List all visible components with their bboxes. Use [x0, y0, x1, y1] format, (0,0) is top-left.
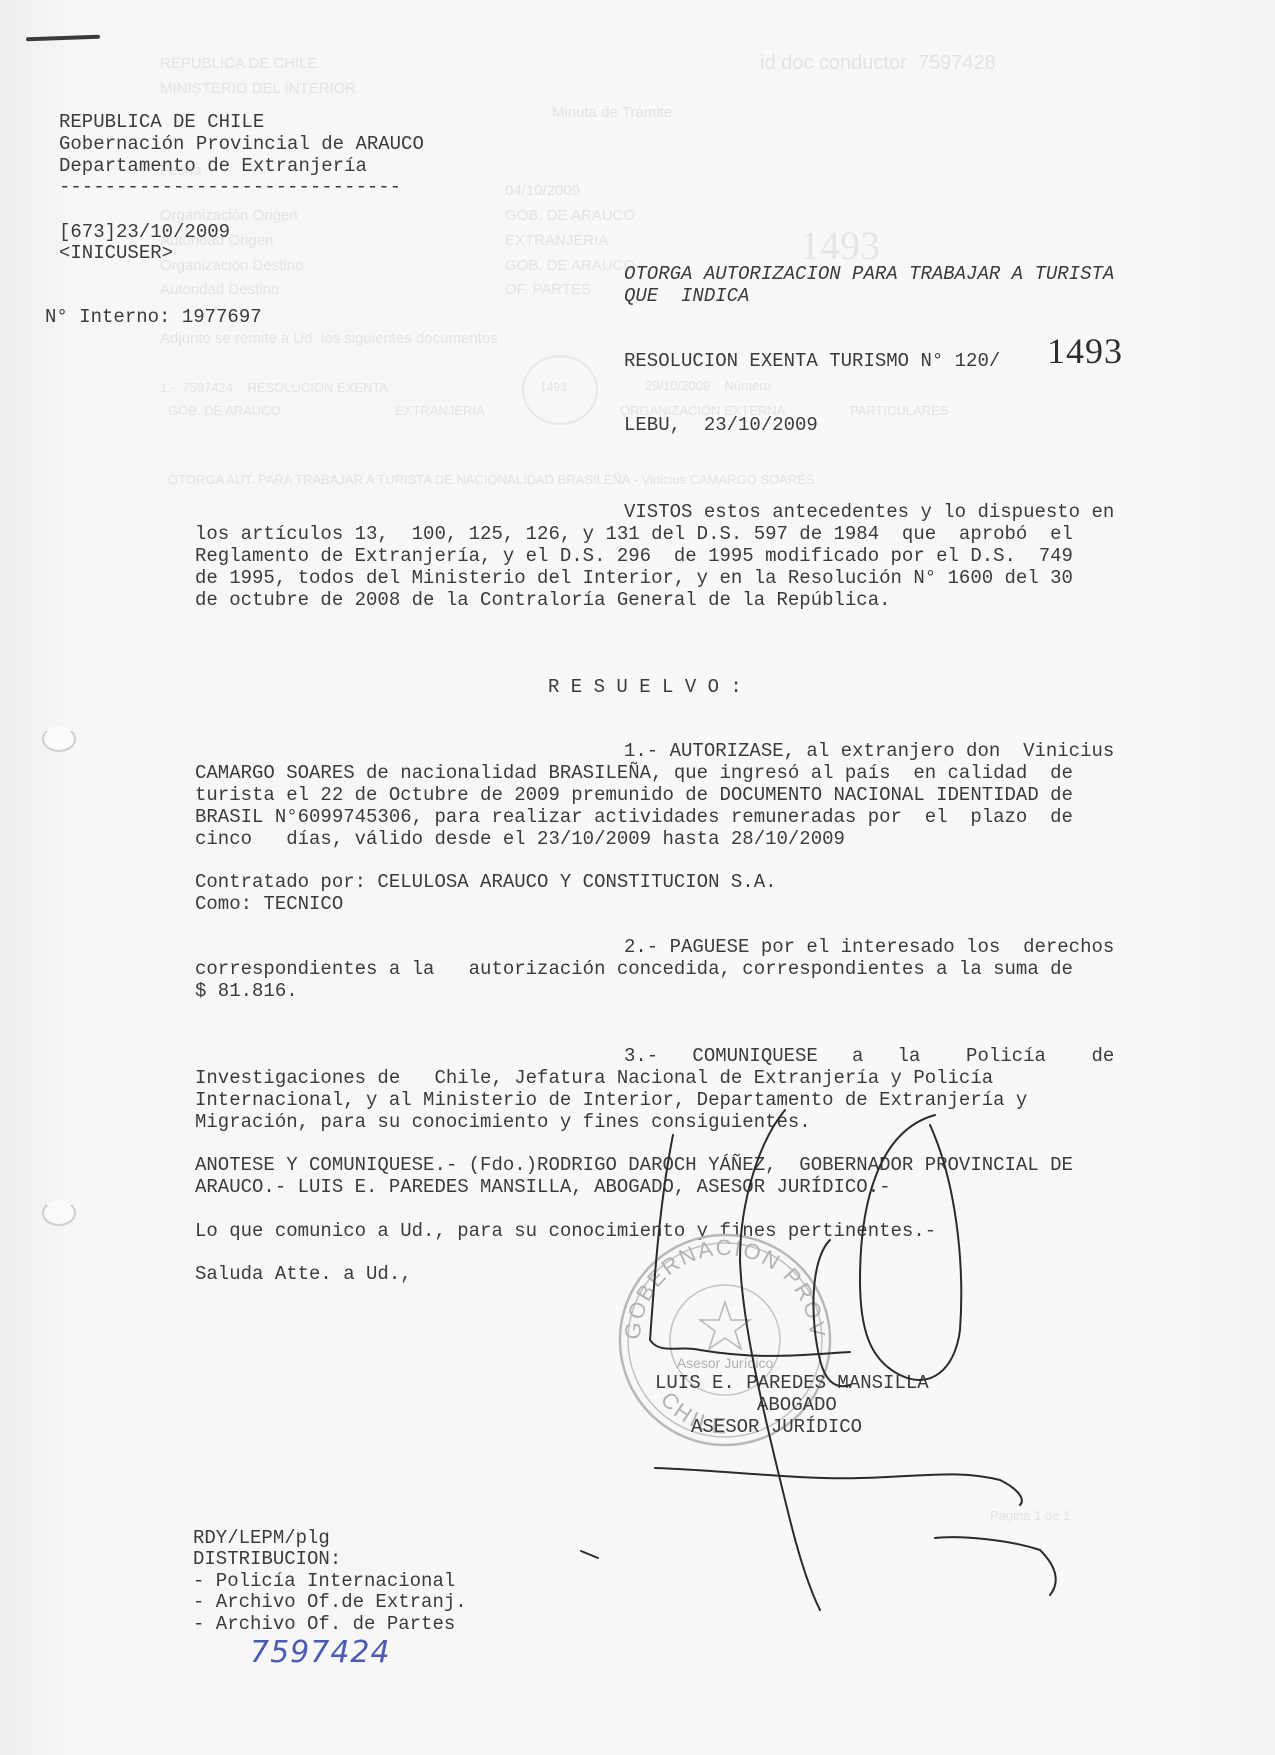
- resolution-number-stamp: 1493: [1047, 330, 1123, 372]
- svg-text:Asesor Jurídico: Asesor Jurídico: [677, 1355, 774, 1371]
- ghost-row-1-stamp: 1493: [540, 380, 567, 394]
- ghost-row-2-mid: EXTRANJERIA: [395, 403, 485, 418]
- ghost-row-1-right: 29/10/2009 Número: [645, 378, 771, 393]
- stamp-ring-text: GOBERNACION PROVINCIAL ARAUCO: [0, 0, 830, 1341]
- handwritten-doc-number: 7597424: [250, 1635, 391, 1670]
- greeting-line: Saluda Atte. a Ud.,: [195, 1264, 412, 1286]
- contracted-by: Contratado por: CELULOSA ARAUCO Y CONSTI…: [195, 872, 777, 894]
- anotese-line: ANOTESE Y COMUNIQUESE.- (Fdo.)RODRIGO DA…: [195, 1155, 1073, 1177]
- item-2-line: correspondientes a la autorización conce…: [195, 959, 1073, 981]
- ghost-ministry-2: MINISTERIO DEL INTERIOR: [160, 80, 356, 97]
- item-3-line: Internacional, y al Ministerio de Interi…: [195, 1090, 1027, 1112]
- ghost-value: GOB. DE ARAUCO: [505, 207, 635, 224]
- ghost-label: Autoridad Destino: [160, 281, 279, 298]
- ghost-subject: OTORGA AUT. PARA TRABAJAR A TURISTA DE N…: [168, 472, 815, 487]
- item-1-line: turista el 22 de Octubre de 2009 premuni…: [195, 785, 1073, 807]
- punch-hole: [42, 726, 76, 752]
- item-1-line: cinco días, válido desde el 23/10/2009 h…: [195, 829, 845, 851]
- header-reference: [673]23/10/2009: [59, 222, 230, 244]
- signer-name: LUIS E. PAREDES MANSILLA: [655, 1373, 929, 1395]
- ghost-doc-conductor: id doc conductor 7597428: [760, 52, 996, 75]
- distribution-item: - Archivo Of.de Extranj.: [193, 1592, 467, 1614]
- ghost-label: Organización Destino: [160, 257, 303, 274]
- header-country: REPUBLICA DE CHILE: [59, 112, 264, 134]
- resolution-label: RESOLUCION EXENTA TURISMO N° 120/: [624, 351, 1000, 373]
- job-role: Como: TECNICO: [195, 894, 343, 916]
- header-separator: ------------------------------: [59, 177, 401, 199]
- ghost-row-1: 1.- 7597424 RESOLUCION EXENTA: [160, 380, 388, 395]
- subject-line-1: OTORGA AUTORIZACION PARA TRABAJAR A TURI…: [624, 264, 1114, 286]
- punch-hole: [42, 1200, 76, 1226]
- item-3-first-line: 3.- COMUNIQUESE a la Policía de: [624, 1046, 1114, 1068]
- scanned-document-page: REPUBLICA DE CHILE MINISTERIO DEL INTERI…: [0, 0, 1275, 1755]
- internal-number: N° Interno: 1977697: [45, 307, 262, 329]
- ghost-page-count: Página 1 de 1: [990, 1508, 1070, 1523]
- item-1-first-line: 1.- AUTORIZASE, al extranjero don Vinici…: [624, 741, 1114, 763]
- signer-role: ASESOR JURÍDICO: [691, 1417, 862, 1439]
- ghost-value: 04/10/2009: [505, 182, 580, 199]
- ghost-row-2-left: GOB. DE ARAUCO: [168, 403, 281, 418]
- ghost-big-number: 1493: [800, 222, 880, 269]
- item-3-line: Migración, para su conocimiento y fines …: [195, 1112, 811, 1134]
- signer-title: ABOGADO: [757, 1395, 837, 1417]
- ghost-ministry-1: REPUBLICA DE CHILE: [160, 55, 318, 72]
- vistos-line: Reglamento de Extranjería, y el D.S. 296…: [195, 546, 1073, 568]
- place-date: LEBU, 23/10/2009: [624, 415, 818, 437]
- item-2-first-line: 2.- PAGUESE por el interesado los derech…: [624, 937, 1114, 959]
- fee-amount: $ 81.816.: [195, 981, 298, 1003]
- header-department: Departamento de Extranjería: [59, 156, 367, 178]
- ghost-title: Minuta de Trámite: [552, 104, 672, 121]
- ghost-value: EXTRANJERIA: [505, 232, 608, 249]
- vistos-first-line: VISTOS estos antecedentes y lo dispuesto…: [624, 502, 1114, 524]
- distribution-item: - Policía Internacional: [193, 1571, 455, 1593]
- anotese-line: ARAUCO.- LUIS E. PAREDES MANSILLA, ABOGA…: [195, 1177, 891, 1199]
- svg-text:GOBERNACION PROVINCIAL ARAUCO: GOBERNACION PROVINCIAL ARAUCO: [0, 0, 830, 1341]
- ghost-value: OF. PARTES: [505, 281, 591, 298]
- closing-line: Lo que comunico a Ud., para su conocimie…: [195, 1221, 936, 1243]
- distribution-item: - Archivo Of. de Partes: [193, 1614, 455, 1636]
- item-1-line: BRASIL N°6099745306, para realizar activ…: [195, 807, 1073, 829]
- vistos-line: de octubre de 2008 de la Contraloría Gen…: [195, 590, 891, 612]
- initials: RDY/LEPM/plg: [193, 1528, 330, 1550]
- header-government: Gobernación Provincial de ARAUCO: [59, 134, 424, 156]
- vistos-line: de 1995, todos del Ministerio del Interi…: [195, 568, 1073, 590]
- resuelvo-heading: R E S U E L V O :: [548, 677, 742, 699]
- distribution-label: DISTRIBUCION:: [193, 1549, 341, 1571]
- subject-line-2: QUE INDICA: [624, 286, 749, 308]
- ghost-row-2-right-2: PARTICULARES: [850, 403, 949, 418]
- ghost-attached-text: Adjunto se remite a Ud. los siguientes d…: [160, 330, 498, 347]
- header-user: <INICUSER>: [59, 243, 173, 265]
- vistos-line: los artículos 13, 100, 125, 126, y 131 d…: [195, 524, 1073, 546]
- pen-stroke-mark: [26, 35, 100, 42]
- item-1-line: CAMARGO SOARES de nacionalidad BRASILEÑA…: [195, 763, 1073, 785]
- item-3-line: Investigaciones de Chile, Jefatura Nacio…: [195, 1068, 993, 1090]
- ghost-value: GOB. DE ARAUCO: [505, 257, 635, 274]
